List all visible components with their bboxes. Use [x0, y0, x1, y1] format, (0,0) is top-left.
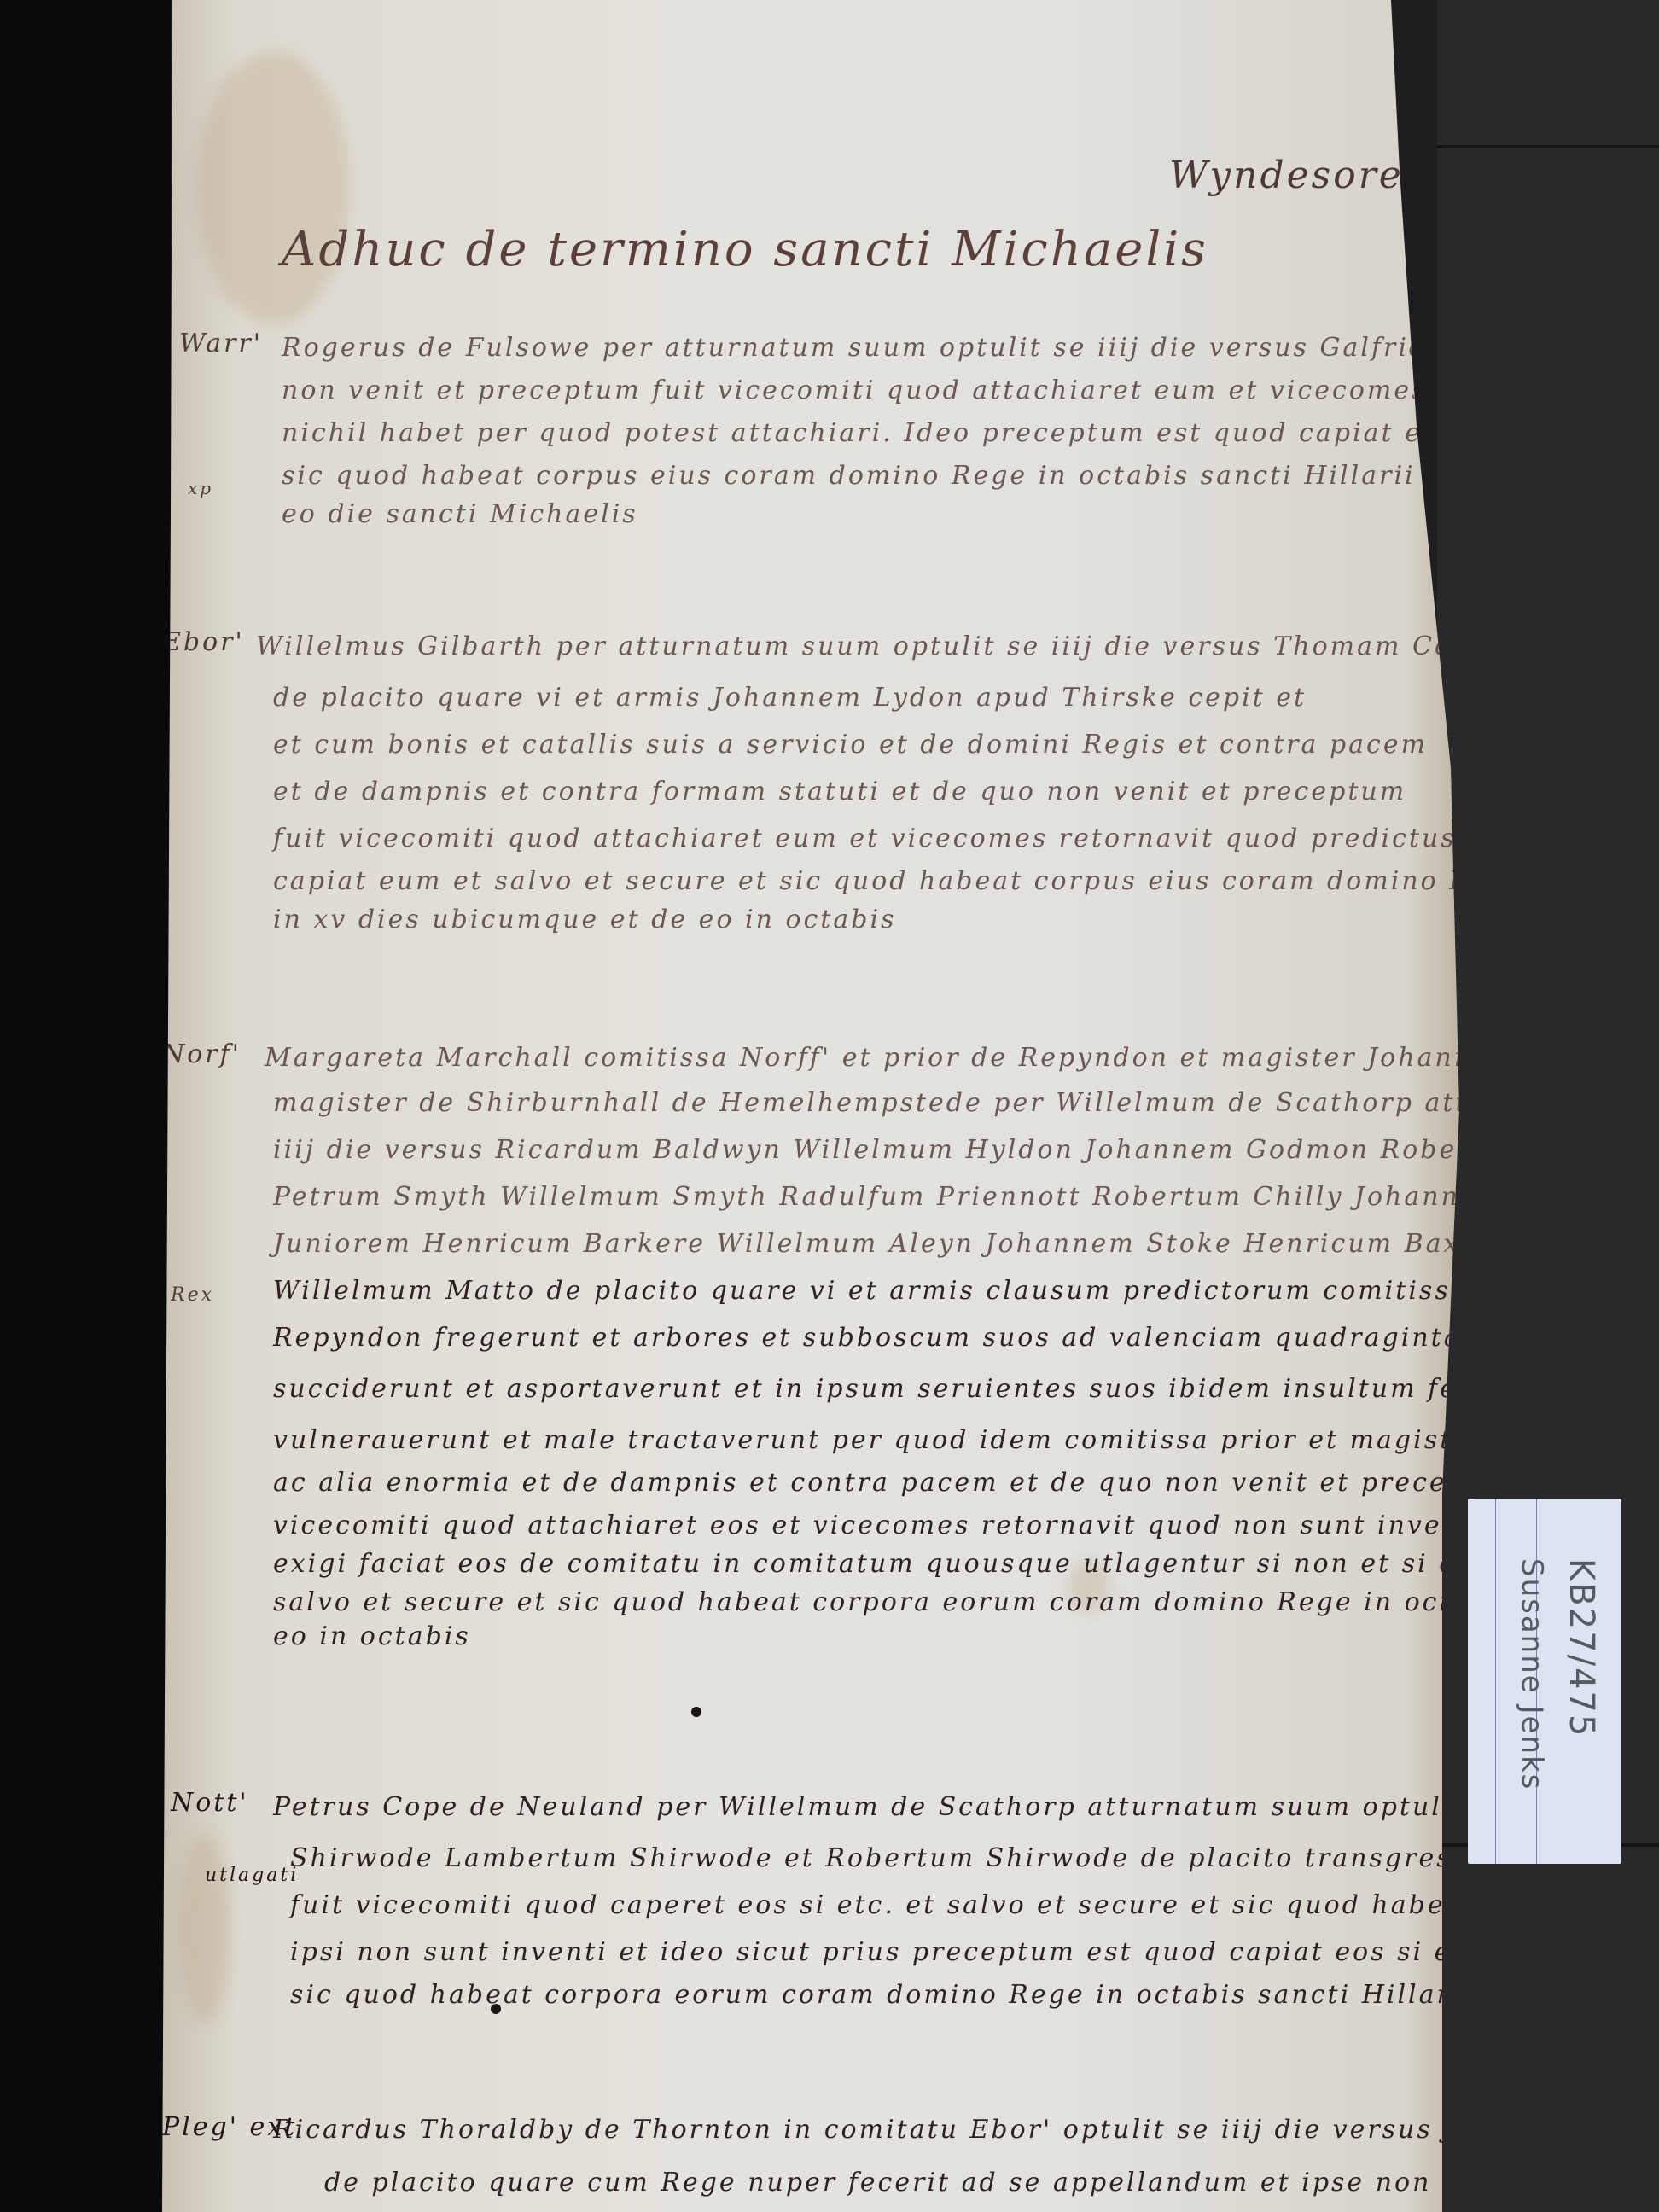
margin-note: xp [188, 478, 213, 498]
roll-heading: Adhuc de termino sancti Michaelis [282, 222, 1208, 277]
text-line: Margareta Marchall comitissa Norff' et p… [265, 1043, 1659, 1073]
margin-note: utlagati [205, 1865, 299, 1886]
water-stain [196, 51, 350, 324]
text-line: in xv dies ubicumque et de eo in octabis [273, 905, 897, 934]
text-line: Petrum Smyth Willelmum Smyth Radulfum Pr… [273, 1182, 1647, 1212]
text-line: et cum bonis et catallis suis a servicio… [273, 730, 1428, 760]
text-line: eo in octabis [273, 1621, 471, 1651]
text-line: ac alia enormia et de dampnis et contra … [273, 1468, 1590, 1498]
text-line: et de dampnis et contra formam statuti e… [273, 777, 1406, 806]
call-number-tag: KB27/475 Susanne Jenks [1468, 1499, 1621, 1864]
margin-note: Norf' [162, 1039, 242, 1069]
ink-blot [491, 2004, 501, 2014]
text-line: fuit vicecomiti quod attachiaret eum et … [273, 824, 1659, 853]
margin-note: Rex [171, 1284, 214, 1306]
tag-name: Susanne Jenks [1515, 1558, 1549, 1790]
county-heading: Wyndesore [1169, 154, 1404, 197]
text-line: capiat eum et salvo et secure et sic quo… [273, 866, 1659, 896]
ink-blot [691, 1707, 701, 1717]
margin-note: Ebor' [162, 627, 245, 657]
parchment-roll: Adhuc de termino sancti Michaelis Wyndes… [162, 0, 1459, 2212]
call-number: KB27/475 [1562, 1558, 1601, 1738]
text-line: Juniorem Henricum Barkere Willelmum Aley… [273, 1229, 1649, 1259]
margin-note: Nott' [171, 1788, 249, 1818]
dark-background-right [1437, 0, 1659, 2212]
dark-background-left [0, 0, 171, 2212]
margin-note: Warr' [179, 329, 263, 358]
text-line: de placito quare vi et armis Johannem Ly… [273, 683, 1307, 713]
text-line: eo die sancti Michaelis [282, 499, 638, 529]
text-line: magister de Shirburnhall de Hemelhempste… [273, 1088, 1659, 1118]
water-stain [179, 1835, 230, 2023]
board-seam [1437, 145, 1659, 148]
text-line: iiij die versus Ricardum Baldwyn Willelm… [273, 1135, 1659, 1165]
ruled-line [1495, 1499, 1496, 1864]
